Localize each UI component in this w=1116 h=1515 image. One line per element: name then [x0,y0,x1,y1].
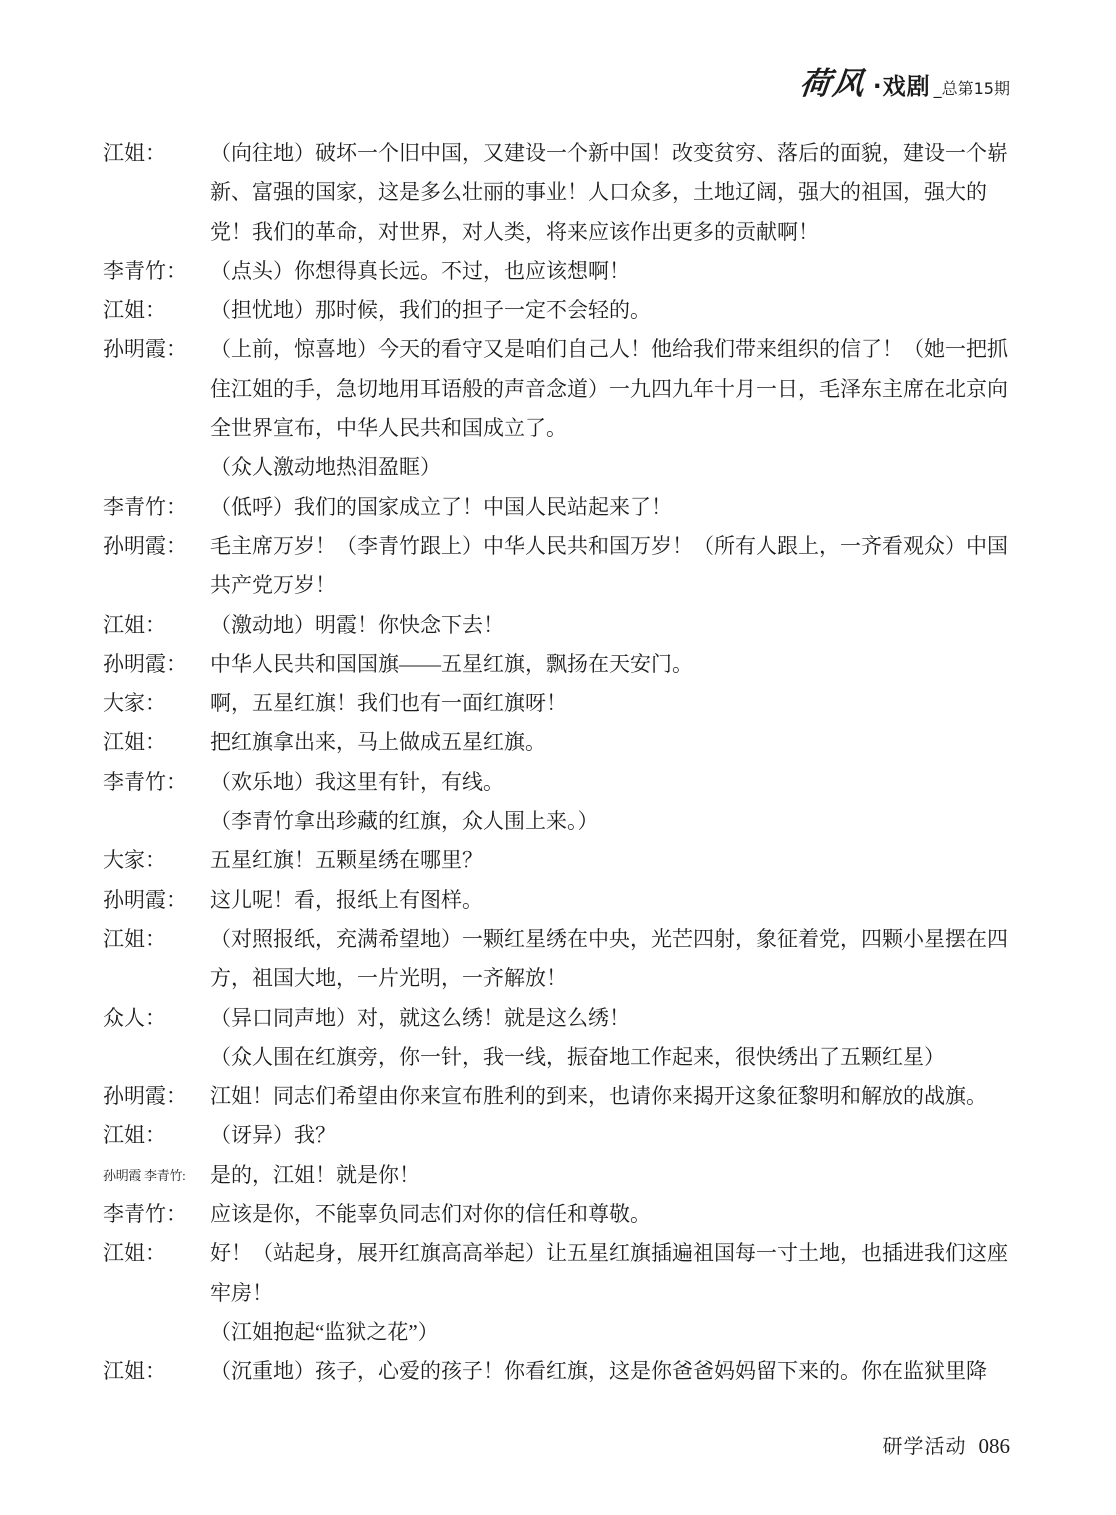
dialogue-entry: （众人激动地热泪盈眶） [103,448,1013,487]
footer-section-label: 研学活动 [883,1430,967,1459]
dialogue-line: （激动地）明霞！你快念下去！ [210,606,1013,645]
dialogue-entry: 大家： 啊，五星红旗！我们也有一面红旗呀！ [103,684,1013,723]
dialogue-entry: 江姐： （讶异）我？ [103,1116,1013,1155]
dialogue-entry: 李青竹： （点头）你想得真长远。不过，也应该想啊！ [103,252,1013,291]
speaker-name: 孙明霞： [103,527,210,566]
speaker-name: 江姐： [103,134,210,173]
dialogue-line: （上前，惊喜地）今天的看守又是咱们自己人！他给我们带来组织的信了！（她一把抓 [210,330,1013,369]
dialogue-line: （江姐抱起“监狱之花”） [210,1313,1013,1352]
speaker-name: 孙明霞： [103,1077,210,1116]
dialogue-lines: （低呼）我们的国家成立了！中国人民站起来了！ [210,488,1013,527]
dialogue-line: （低呼）我们的国家成立了！中国人民站起来了！ [210,488,1013,527]
dialogue-line: 全世界宣布，中华人民共和国成立了。 [210,409,1013,448]
dialogue-lines: 五星红旗！五颗星绣在哪里？ [210,841,1013,880]
dialogue-entry: 大家： 五星红旗！五颗星绣在哪里？ [103,841,1013,880]
speaker-name: 孙明霞 李青竹: [103,1156,210,1195]
dialogue-line: 牢房！ [210,1274,1013,1313]
dialogue-lines: 把红旗拿出来，马上做成五星红旗。 [210,723,1013,762]
dialogue-lines: 江姐！同志们希望由你来宣布胜利的到来，也请你来揭开这象征黎明和解放的战旗。 [210,1077,1013,1116]
dialogue-line: （众人激动地热泪盈眶） [210,448,1013,487]
dialogue-line: 新、富强的国家，这是多么壮丽的事业！人口众多，土地辽阔，强大的祖国，强大的 [210,173,1013,212]
dialogue-lines: （众人围在红旗旁，你一针，我一线，振奋地工作起来，很快绣出了五颗红星） [210,1038,1013,1077]
dialogue-line: 江姐！同志们希望由你来宣布胜利的到来，也请你来揭开这象征黎明和解放的战旗。 [210,1077,1013,1116]
dialogue-lines: （向往地）破坏一个旧中国，又建设一个新中国！改变贫穷、落后的面貌，建设一个崭新、… [210,134,1013,252]
speaker-name: 孙明霞： [103,330,210,369]
magazine-logo: 荷风 [798,58,869,103]
dialogue-lines: （异口同声地）对，就这么绣！就是这么绣！ [210,999,1013,1038]
issue-number: _总第15期 [934,76,1010,99]
dialogue-lines: （对照报纸，充满希望地）一颗红星绣在中央，光芒四射，象征着党，四颗小星摆在四方，… [210,920,1013,999]
dialogue-entry: 江姐： （向往地）破坏一个旧中国，又建设一个新中国！改变贫穷、落后的面貌，建设一… [103,134,1013,252]
dialogue-lines: 这儿呢！看，报纸上有图样。 [210,881,1013,920]
dialogue-entry: 众人： （异口同声地）对，就这么绣！就是这么绣！ [103,999,1013,1038]
speaker-name: 江姐： [103,1352,210,1391]
dialogue-line: 方，祖国大地，一片光明，一齐解放！ [210,959,1013,998]
dialogue-entry: 江姐： 把红旗拿出来，马上做成五星红旗。 [103,723,1013,762]
dialogue-lines: （欢乐地）我这里有针，有线。 [210,763,1013,802]
magazine-header: 荷风 ·戏剧 _总第15期 [800,58,1010,103]
dialogue-entry: （江姐抱起“监狱之花”） [103,1313,1013,1352]
dialogue-line: （沉重地）孩子，心爱的孩子！你看红旗，这是你爸爸妈妈留下来的。你在监狱里降 [210,1352,1013,1391]
speaker-name: 李青竹： [103,1195,210,1234]
dialogue-line: （点头）你想得真长远。不过，也应该想啊！ [210,252,1013,291]
dialogue-lines: （点头）你想得真长远。不过，也应该想啊！ [210,252,1013,291]
dialogue-entry: 孙明霞： 中华人民共和国国旗——五星红旗，飘扬在天安门。 [103,645,1013,684]
speaker-name: 江姐： [103,920,210,959]
dialogue-lines: 好！（站起身，展开红旗高高举起）让五星红旗插遍祖国每一寸土地，也插进我们这座牢房… [210,1234,1013,1313]
dialogue-lines: （众人激动地热泪盈眶） [210,448,1013,487]
speaker-name: 众人： [103,999,210,1038]
dialogue-lines: （江姐抱起“监狱之花”） [210,1313,1013,1352]
dialogue-lines: （上前，惊喜地）今天的看守又是咱们自己人！他给我们带来组织的信了！（她一把抓住江… [210,330,1013,448]
dialogue-line: （向往地）破坏一个旧中国，又建设一个新中国！改变贫穷、落后的面貌，建设一个崭 [210,134,1013,173]
dialogue-entry: 李青竹： 应该是你，不能辜负同志们对你的信任和尊敬。 [103,1195,1013,1234]
dialogue-line: 好！（站起身，展开红旗高高举起）让五星红旗插遍祖国每一寸土地，也插进我们这座 [210,1234,1013,1273]
speaker-name: 江姐： [103,606,210,645]
dialogue-line: 是的，江姐！就是你！ [210,1156,1013,1195]
speaker-name: 李青竹： [103,763,210,802]
dialogue-lines: 中华人民共和国国旗——五星红旗，飘扬在天安门。 [210,645,1013,684]
speaker-name: 李青竹： [103,252,210,291]
dialogue-line: （对照报纸，充满希望地）一颗红星绣在中央，光芒四射，象征着党，四颗小星摆在四 [210,920,1013,959]
dialogue-lines: （李青竹拿出珍藏的红旗，众人围上来。） [210,802,1013,841]
dialogue-line: （讶异）我？ [210,1116,1013,1155]
dialogue-line: （欢乐地）我这里有针，有线。 [210,763,1013,802]
dialogue-lines: 是的，江姐！就是你！ [210,1156,1013,1195]
speaker-name: 孙明霞： [103,645,210,684]
speaker-name: 江姐： [103,291,210,330]
dialogue-entry: 江姐： （沉重地）孩子，心爱的孩子！你看红旗，这是你爸爸妈妈留下来的。你在监狱里… [103,1352,1013,1391]
speaker-name: 江姐： [103,723,210,762]
dialogue-lines: 应该是你，不能辜负同志们对你的信任和尊敬。 [210,1195,1013,1234]
dialogue-entry: 江姐： （担忧地）那时候，我们的担子一定不会轻的。 [103,291,1013,330]
speaker-name: 江姐： [103,1234,210,1273]
speaker-name: 孙明霞： [103,881,210,920]
speaker-name: 大家： [103,841,210,880]
dialogue-entry: （众人围在红旗旁，你一针，我一线，振奋地工作起来，很快绣出了五颗红星） [103,1038,1013,1077]
footer-page-number: 086 [979,1434,1011,1459]
dialogue-line: 住江姐的手，急切地用耳语般的声音念道）一九四九年十月一日，毛泽东主席在北京向 [210,370,1013,409]
dialogue-line: （众人围在红旗旁，你一针，我一线，振奋地工作起来，很快绣出了五颗红星） [210,1038,1013,1077]
dialogue-entry: 江姐： （激动地）明霞！你快念下去！ [103,606,1013,645]
dialogue-line: 把红旗拿出来，马上做成五星红旗。 [210,723,1013,762]
dialogue-lines: （激动地）明霞！你快念下去！ [210,606,1013,645]
script-text: 江姐： （向往地）破坏一个旧中国，又建设一个新中国！改变贫穷、落后的面貌，建设一… [103,134,1013,1392]
dialogue-entry: 孙明霞： 毛主席万岁！（李青竹跟上）中华人民共和国万岁！（所有人跟上，一齐看观众… [103,527,1013,606]
dialogue-line: 应该是你，不能辜负同志们对你的信任和尊敬。 [210,1195,1013,1234]
dialogue-entry: 李青竹： （低呼）我们的国家成立了！中国人民站起来了！ [103,488,1013,527]
dialogue-entry: 江姐： 好！（站起身，展开红旗高高举起）让五星红旗插遍祖国每一寸土地，也插进我们… [103,1234,1013,1313]
script-page: 荷风 ·戏剧 _总第15期 江姐： （向往地）破坏一个旧中国，又建设一个新中国！… [0,0,1116,1515]
speaker-name: 大家： [103,684,210,723]
dialogue-line: 啊，五星红旗！我们也有一面红旗呀！ [210,684,1013,723]
dialogue-entry: 李青竹： （欢乐地）我这里有针，有线。 [103,763,1013,802]
dialogue-lines: （讶异）我？ [210,1116,1013,1155]
dialogue-line: 毛主席万岁！（李青竹跟上）中华人民共和国万岁！（所有人跟上，一齐看观众）中国 [210,527,1013,566]
dialogue-line: 中华人民共和国国旗——五星红旗，飘扬在天安门。 [210,645,1013,684]
dialogue-entry: 孙明霞 李青竹: 是的，江姐！就是你！ [103,1156,1013,1195]
dialogue-entry: 孙明霞： 江姐！同志们希望由你来宣布胜利的到来，也请你来揭开这象征黎明和解放的战… [103,1077,1013,1116]
dialogue-lines: （担忧地）那时候，我们的担子一定不会轻的。 [210,291,1013,330]
dialogue-entry: （李青竹拿出珍藏的红旗，众人围上来。） [103,802,1013,841]
dialogue-line: 这儿呢！看，报纸上有图样。 [210,881,1013,920]
dialogue-line: （异口同声地）对，就这么绣！就是这么绣！ [210,999,1013,1038]
page-footer: 研学活动 086 [883,1430,1011,1459]
magazine-section-label: ·戏剧 [873,68,931,101]
dialogue-line: （担忧地）那时候，我们的担子一定不会轻的。 [210,291,1013,330]
speaker-name: 江姐： [103,1116,210,1155]
speaker-name: 李青竹： [103,488,210,527]
dialogue-entry: 孙明霞： （上前，惊喜地）今天的看守又是咱们自己人！他给我们带来组织的信了！（她… [103,330,1013,448]
dialogue-lines: 毛主席万岁！（李青竹跟上）中华人民共和国万岁！（所有人跟上，一齐看观众）中国共产… [210,527,1013,606]
dialogue-line: 五星红旗！五颗星绣在哪里？ [210,841,1013,880]
dialogue-entry: 江姐： （对照报纸，充满希望地）一颗红星绣在中央，光芒四射，象征着党，四颗小星摆… [103,920,1013,999]
dialogue-lines: （沉重地）孩子，心爱的孩子！你看红旗，这是你爸爸妈妈留下来的。你在监狱里降 [210,1352,1013,1391]
dialogue-entry: 孙明霞： 这儿呢！看，报纸上有图样。 [103,881,1013,920]
dialogue-line: 共产党万岁！ [210,566,1013,605]
dialogue-lines: 啊，五星红旗！我们也有一面红旗呀！ [210,684,1013,723]
dialogue-line: （李青竹拿出珍藏的红旗，众人围上来。） [210,802,1013,841]
dialogue-line: 党！我们的革命，对世界，对人类，将来应该作出更多的贡献啊！ [210,213,1013,252]
